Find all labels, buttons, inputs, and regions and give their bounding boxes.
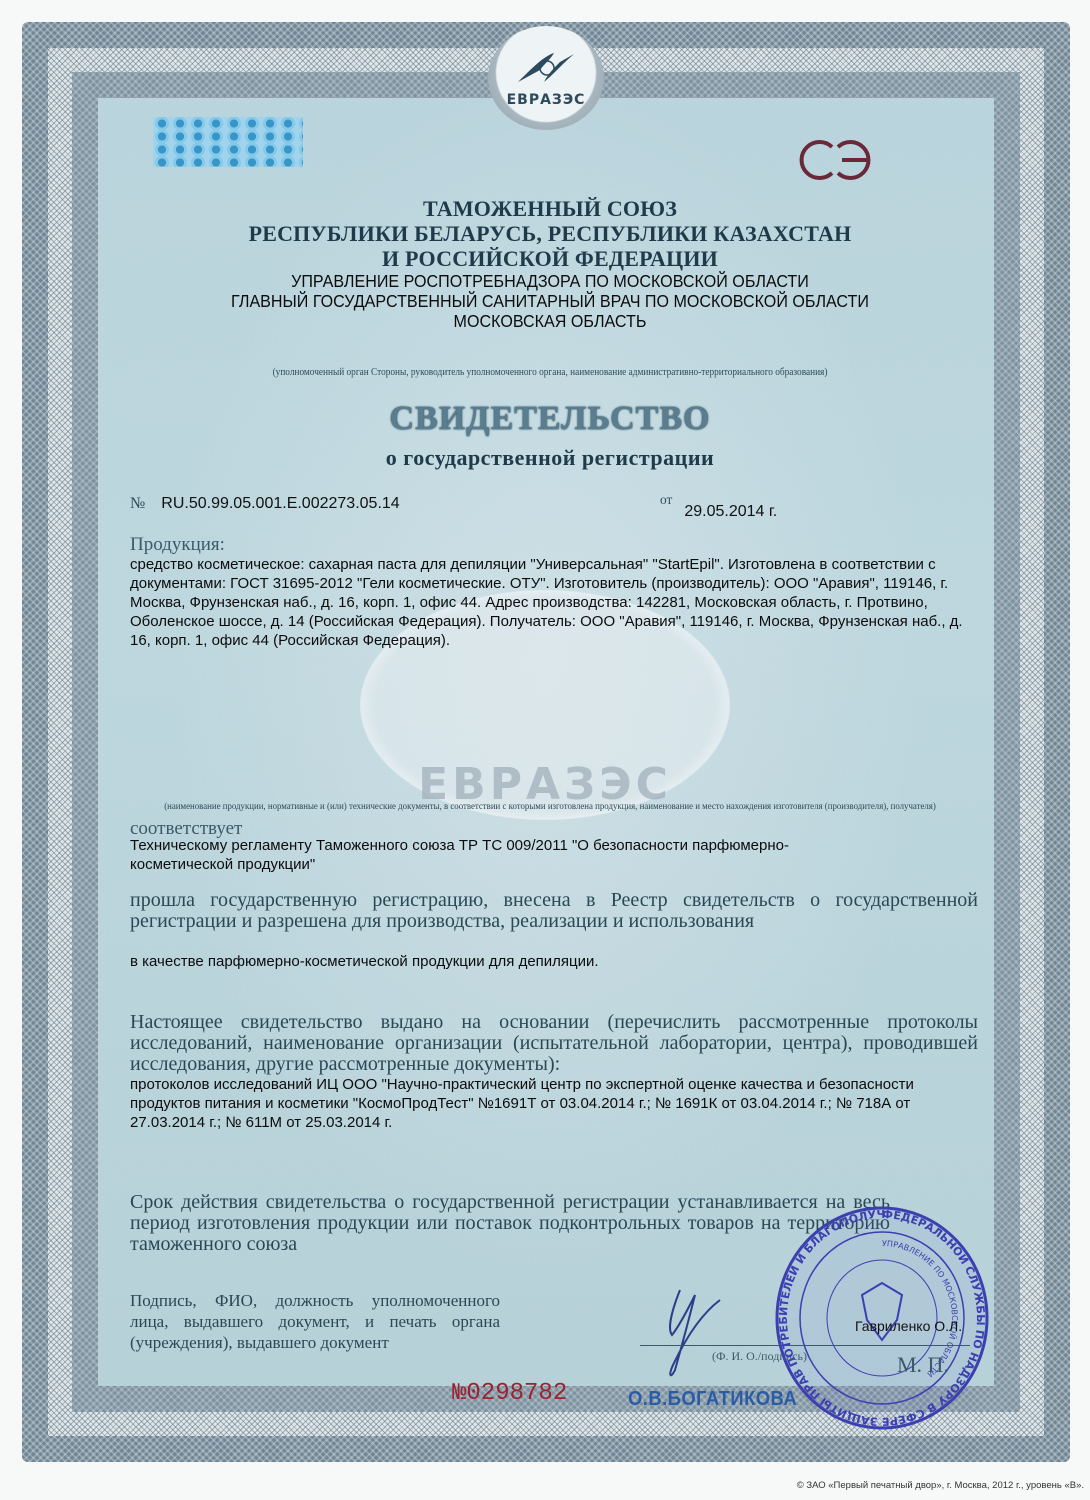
eurasec-logo: ЕВРАЗЭС xyxy=(488,26,604,130)
test-protocols: протоколов исследований ИЦ ООО "Научно-п… xyxy=(130,1075,920,1132)
header-line-2: РЕСПУБЛИКИ БЕЛАРУСЬ, РЕСПУБЛИКИ КАЗАХСТА… xyxy=(110,221,990,246)
eac-conformity-mark-icon xyxy=(790,135,880,185)
certificate-title: СВИДЕТЕЛЬСТВО xyxy=(110,400,990,438)
number-label: № xyxy=(130,495,145,512)
handwritten-signature-icon xyxy=(640,1275,740,1385)
certificate-number: RU.50.99.05.001.Е.002273.05.14 xyxy=(161,495,399,512)
printer-note: © ЗАО «Первый печатный двор», г. Москва,… xyxy=(797,1480,1084,1491)
signer-name: Гавриленко О.Л. xyxy=(855,1318,962,1334)
registration-statement: прошла государственную регистрацию, внес… xyxy=(130,890,978,932)
certificate-number-row: № RU.50.99.05.001.Е.002273.05.14 xyxy=(130,495,400,513)
product-description: средство косметическое: сахарная паста д… xyxy=(130,555,970,650)
basis-label: Настоящее свидетельство выдано на основа… xyxy=(130,1012,978,1075)
header-line-3: И РОССИЙСКОЙ ФЕДЕРАЦИИ xyxy=(110,246,990,271)
product-hint: (наименование продукции, нормативные и (… xyxy=(141,802,959,812)
form-serial-number: №0298782 xyxy=(452,1380,567,1407)
usage-purpose: в качестве парфюмерно-косметической прод… xyxy=(130,952,960,971)
authority-hint: (уполномоченный орган Стороны, руководит… xyxy=(141,367,959,378)
eurasec-emblem-icon xyxy=(514,50,578,84)
seal-place-mark: М. П. xyxy=(897,1352,949,1378)
signature-label: Подпись, ФИО, должность уполномоченного … xyxy=(130,1290,500,1353)
authority-line-2: ГЛАВНЫЙ ГОСУДАРСТВЕННЫЙ САНИТАРНЫЙ ВРАЧ … xyxy=(145,291,955,311)
authority-line-3: МОСКОВСКАЯ ОБЛАСТЬ xyxy=(145,311,955,331)
certificate-date-row: от 29.05.2014 г. xyxy=(660,492,777,515)
date-label: от xyxy=(660,492,672,507)
product-label: Продукция: xyxy=(130,534,225,556)
stamped-name: О.В.БОГАТИКОВА xyxy=(628,1388,797,1411)
technical-regulation: Техническому регламенту Таможенного союз… xyxy=(130,836,890,874)
hologram-security-strip xyxy=(153,117,303,167)
certificate-subtitle: о государственной регистрации xyxy=(110,445,990,471)
eurasec-logo-text: ЕВРАЗЭС xyxy=(507,92,586,108)
header-line-1: ТАМОЖЕННЫЙ СОЮЗ xyxy=(110,196,990,221)
official-seal-icon: ФЕДЕРАЛЬНОЙ СЛУЖБЫ ПО НАДЗОРУ В СФЕРЕ ЗА… xyxy=(772,1198,992,1433)
authority-line-1: УПРАВЛЕНИЕ РОСПОТРЕБНАДЗОРА ПО МОСКОВСКО… xyxy=(145,271,955,291)
customs-union-header: ТАМОЖЕННЫЙ СОЮЗ РЕСПУБЛИКИ БЕЛАРУСЬ, РЕС… xyxy=(110,196,990,331)
certificate-date: 29.05.2014 г. xyxy=(684,503,777,520)
